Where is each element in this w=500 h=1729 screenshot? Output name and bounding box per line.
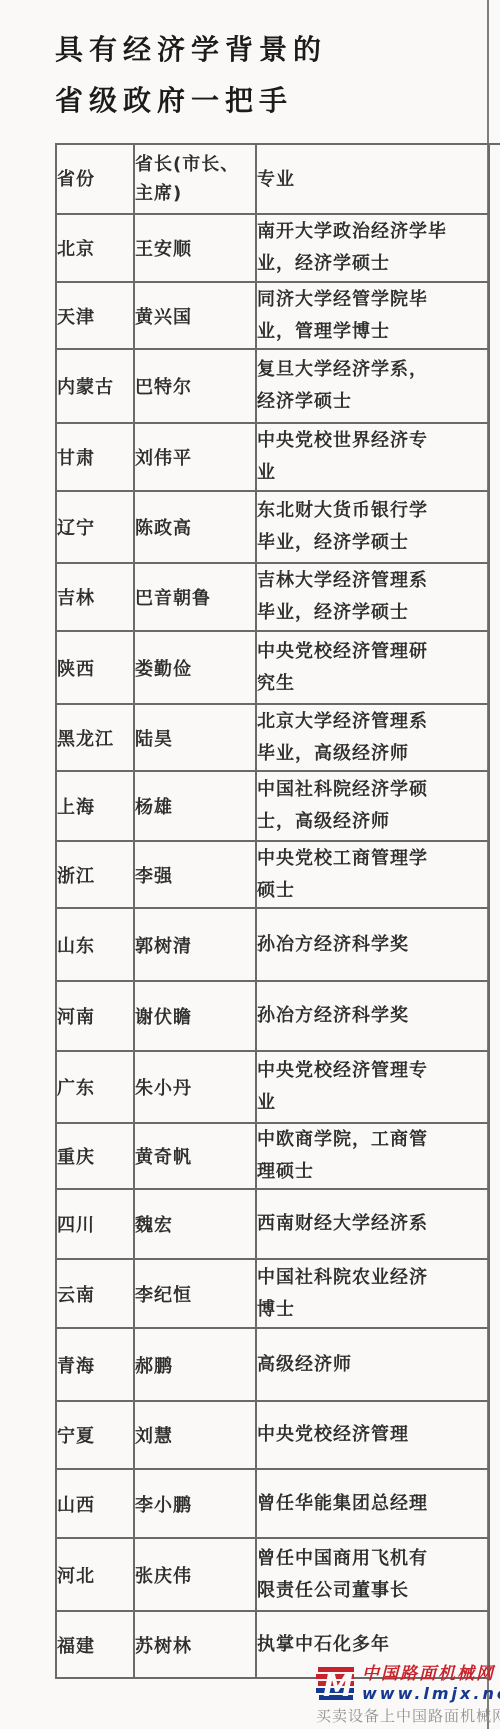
- cell-governor: 黄奇帆: [134, 1123, 256, 1189]
- table-body: 北京王安顺南开大学政治经济学毕 业，经济学硕士天津黄兴国同济大学经管学院毕 业，…: [56, 214, 489, 1678]
- table-row: 宁夏刘慧中央党校经济管理: [56, 1401, 489, 1469]
- cell-governor: 苏树林: [134, 1611, 256, 1678]
- cell-governor: 张庆伟: [134, 1538, 256, 1611]
- cell-governor: 李强: [134, 841, 256, 908]
- cell-governor: 谢伏瞻: [134, 981, 256, 1051]
- watermark-text: 中国路面机械网 www.lmjx.net: [362, 1664, 500, 1703]
- cell-major: 曾任华能集团总经理: [256, 1469, 489, 1538]
- cell-major: 中央党校经济管理研 究生: [256, 631, 489, 704]
- cell-major: 孙冶方经济科学奖: [256, 981, 489, 1051]
- cell-governor: 陈政高: [134, 491, 256, 563]
- cell-province: 甘肃: [56, 423, 134, 491]
- cell-major: 南开大学政治经济学毕 业，经济学硕士: [256, 214, 489, 282]
- cell-major: 中欧商学院，工商管 理硕士: [256, 1123, 489, 1189]
- cell-province: 内蒙古: [56, 349, 134, 423]
- watermark-site-url: www.lmjx.net: [362, 1684, 500, 1703]
- cell-governor: 杨雄: [134, 771, 256, 841]
- cell-major: 北京大学经济管理系 毕业，高级经济师: [256, 704, 489, 771]
- watermark-tagline: 买卖设备上中国路面机械网: [316, 1705, 498, 1726]
- cell-major: 孙冶方经济科学奖: [256, 908, 489, 981]
- lmjx-logo-icon: M: [316, 1665, 356, 1703]
- table-row: 内蒙古巴特尔复旦大学经济学系， 经济学硕士: [56, 349, 489, 423]
- cell-governor: 朱小丹: [134, 1051, 256, 1123]
- cell-province: 重庆: [56, 1123, 134, 1189]
- cell-major: 东北财大货币银行学 毕业，经济学硕士: [256, 491, 489, 563]
- table-row: 四川魏宏西南财经大学经济系: [56, 1189, 489, 1259]
- cell-governor: 刘伟平: [134, 423, 256, 491]
- cell-province: 陕西: [56, 631, 134, 704]
- table-row: 陕西娄勤俭中央党校经济管理研 究生: [56, 631, 489, 704]
- table-row: 广东朱小丹中央党校经济管理专 业: [56, 1051, 489, 1123]
- cell-province: 吉林: [56, 563, 134, 631]
- cell-province: 黑龙江: [56, 704, 134, 771]
- watermark-row: M 中国路面机械网 www.lmjx.net: [316, 1664, 498, 1703]
- cell-major: 高级经济师: [256, 1328, 489, 1401]
- cell-governor: 娄勤俭: [134, 631, 256, 704]
- page-title-line1: 具有经济学背景的: [55, 24, 327, 75]
- cell-province: 上海: [56, 771, 134, 841]
- watermark-site-name: 中国路面机械网: [362, 1664, 500, 1684]
- cell-province: 宁夏: [56, 1401, 134, 1469]
- table-row: 黑龙江陆昊北京大学经济管理系 毕业，高级经济师: [56, 704, 489, 771]
- cell-governor: 魏宏: [134, 1189, 256, 1259]
- table-row: 辽宁陈政高东北财大货币银行学 毕业，经济学硕士: [56, 491, 489, 563]
- cell-province: 山西: [56, 1469, 134, 1538]
- table-row: 河北张庆伟曾任中国商用飞机有 限责任公司董事长: [56, 1538, 489, 1611]
- table-row: 重庆黄奇帆中欧商学院，工商管 理硕士: [56, 1123, 489, 1189]
- cell-province: 四川: [56, 1189, 134, 1259]
- header-province: 省份: [56, 144, 134, 214]
- table-row: 上海杨雄中国社科院经济学硕 士，高级经济师: [56, 771, 489, 841]
- table-row: 天津黄兴国同济大学经管学院毕 业，管理学博士: [56, 282, 489, 349]
- cell-governor: 黄兴国: [134, 282, 256, 349]
- cell-major: 曾任中国商用飞机有 限责任公司董事长: [256, 1538, 489, 1611]
- cell-governor: 郭树清: [134, 908, 256, 981]
- table-row: 浙江李强中央党校工商管理学 硕士: [56, 841, 489, 908]
- cell-governor: 李小鹏: [134, 1469, 256, 1538]
- cell-governor: 巴音朝鲁: [134, 563, 256, 631]
- table-row: 山西李小鹏曾任华能集团总经理: [56, 1469, 489, 1538]
- cell-major: 中央党校世界经济专 业: [256, 423, 489, 491]
- cell-governor: 王安顺: [134, 214, 256, 282]
- cell-province: 河南: [56, 981, 134, 1051]
- cell-governor: 陆昊: [134, 704, 256, 771]
- cell-major: 吉林大学经济管理系 毕业，经济学硕士: [256, 563, 489, 631]
- cell-province: 河北: [56, 1538, 134, 1611]
- cell-major: 西南财经大学经济系: [256, 1189, 489, 1259]
- table-row: 吉林巴音朝鲁吉林大学经济管理系 毕业，经济学硕士: [56, 563, 489, 631]
- cell-governor: 李纪恒: [134, 1259, 256, 1328]
- cell-governor: 刘慧: [134, 1401, 256, 1469]
- cell-governor: 巴特尔: [134, 349, 256, 423]
- cell-major: 中国社科院农业经济 博士: [256, 1259, 489, 1328]
- svg-text:M: M: [323, 1669, 353, 1703]
- cell-province: 青海: [56, 1328, 134, 1401]
- header-major: 专业: [256, 144, 489, 214]
- cell-governor: 郝鹏: [134, 1328, 256, 1401]
- cell-major: 中国社科院经济学硕 士，高级经济师: [256, 771, 489, 841]
- cell-province: 北京: [56, 214, 134, 282]
- watermark: M 中国路面机械网 www.lmjx.net 买卖设备上中国路面机械网: [316, 1664, 498, 1726]
- cell-major: 中央党校经济管理专 业: [256, 1051, 489, 1123]
- cell-province: 辽宁: [56, 491, 134, 563]
- cell-province: 广东: [56, 1051, 134, 1123]
- cell-province: 浙江: [56, 841, 134, 908]
- table-row: 甘肃刘伟平中央党校世界经济专 业: [56, 423, 489, 491]
- page: { "page": { "title_line1": "具有经济学背景的", "…: [0, 0, 500, 1729]
- cell-major: 中央党校经济管理: [256, 1401, 489, 1469]
- governors-table: 省份 省长(市长、 主席) 专业 北京王安顺南开大学政治经济学毕 业，经济学硕士…: [55, 143, 490, 1679]
- cell-major: 中央党校工商管理学 硕士: [256, 841, 489, 908]
- header-governor: 省长(市长、 主席): [134, 144, 256, 214]
- page-title-line2: 省级政府一把手: [55, 75, 327, 126]
- cell-province: 山东: [56, 908, 134, 981]
- page-title: 具有经济学背景的 省级政府一把手: [55, 24, 327, 126]
- table-row: 山东郭树清孙冶方经济科学奖: [56, 908, 489, 981]
- table-row: 云南李纪恒中国社科院农业经济 博士: [56, 1259, 489, 1328]
- table-header-row: 省份 省长(市长、 主席) 专业: [56, 144, 489, 214]
- table-row: 青海郝鹏高级经济师: [56, 1328, 489, 1401]
- cell-province: 天津: [56, 282, 134, 349]
- cell-province: 云南: [56, 1259, 134, 1328]
- cell-major: 同济大学经管学院毕 业，管理学博士: [256, 282, 489, 349]
- cell-province: 福建: [56, 1611, 134, 1678]
- cell-major: 复旦大学经济学系， 经济学硕士: [256, 349, 489, 423]
- table-row: 河南谢伏瞻孙冶方经济科学奖: [56, 981, 489, 1051]
- table-row: 北京王安顺南开大学政治经济学毕 业，经济学硕士: [56, 214, 489, 282]
